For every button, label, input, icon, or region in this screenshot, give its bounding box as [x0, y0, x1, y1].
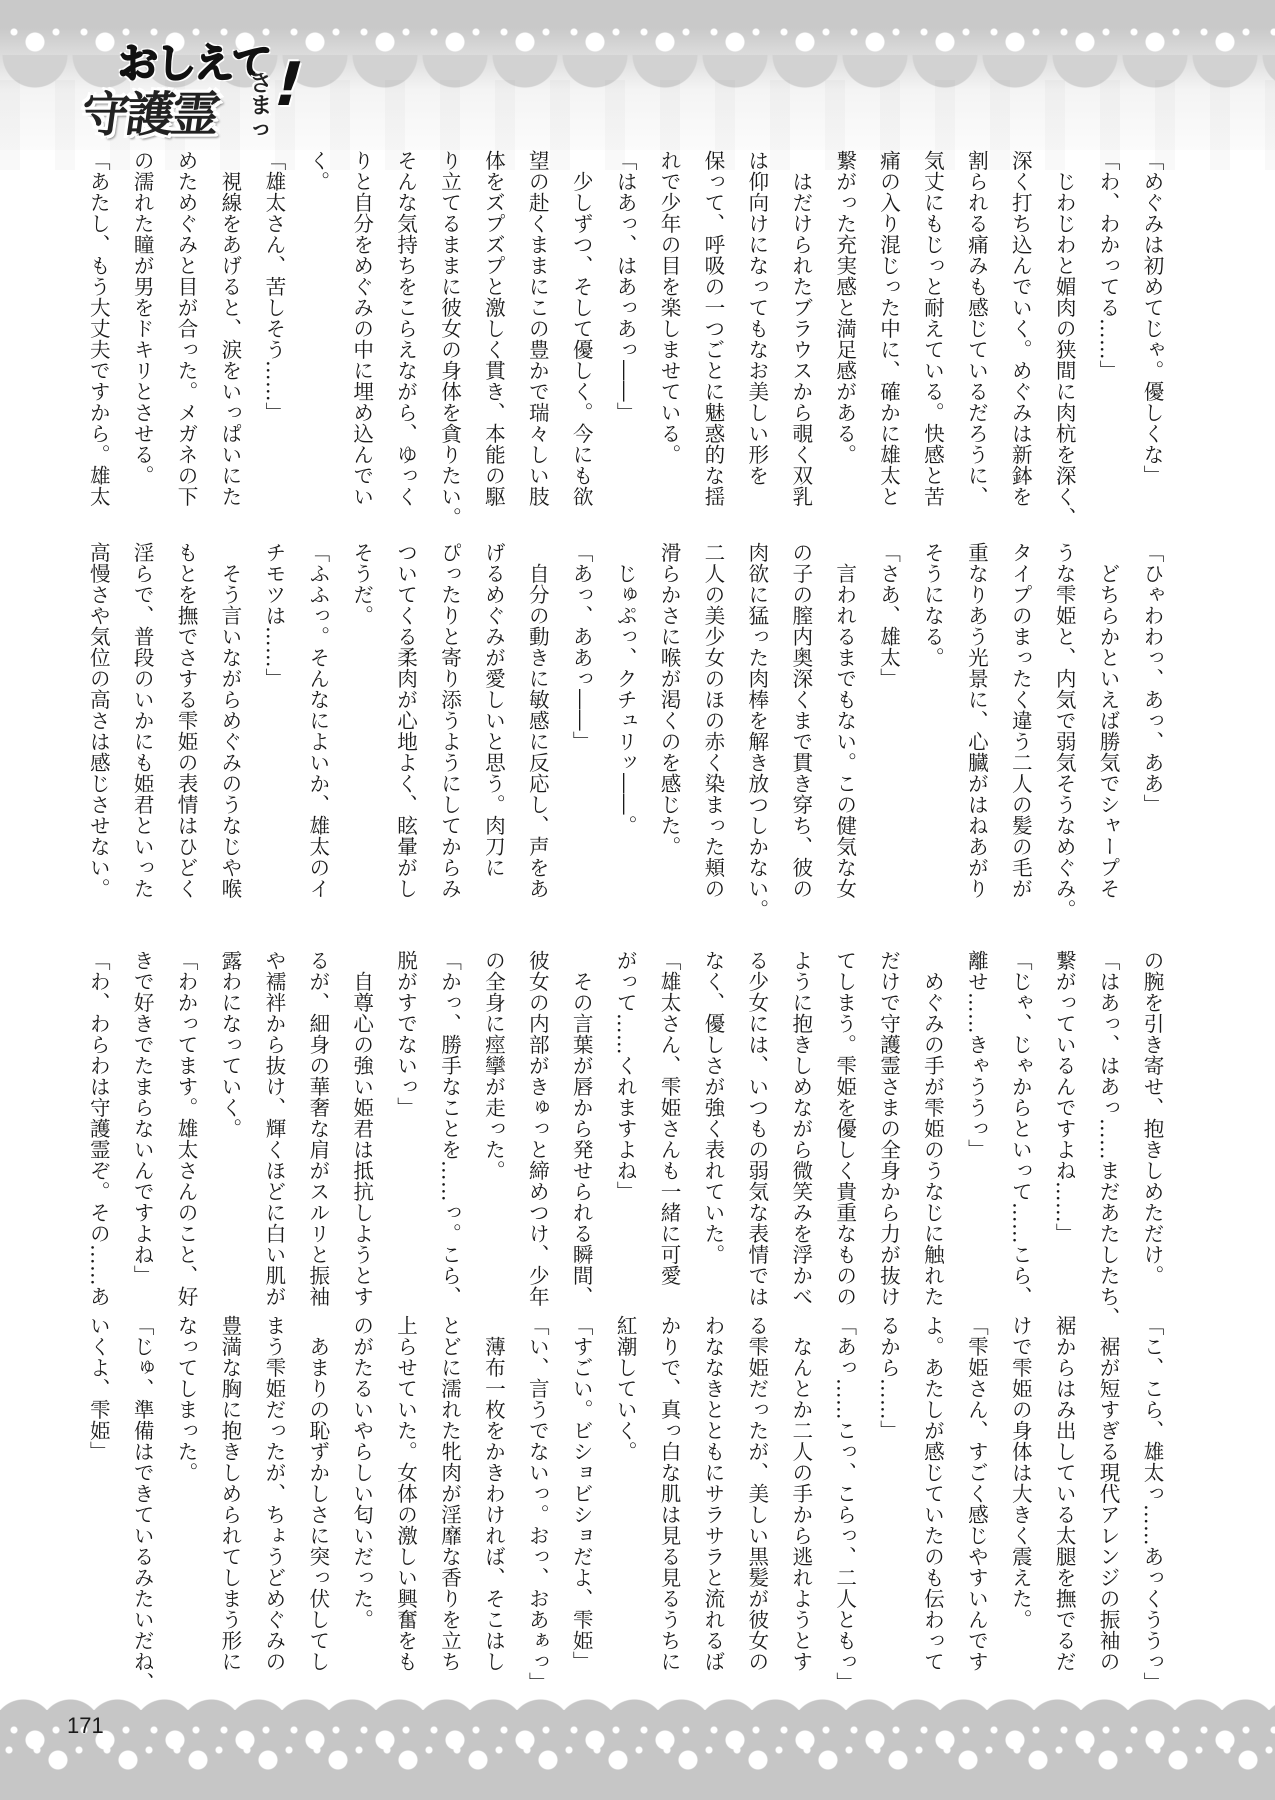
text-column: 言われるまでもない。この健気な女: [822, 542, 866, 932]
text-column: る少女には、いつもの弱気な表情では: [734, 950, 778, 1340]
book-title-logo: おしえて 守護霊 さまっ !: [80, 30, 300, 140]
text-column: 「あっ、ああっ――」: [558, 542, 602, 932]
text-column: 「かっ、勝手なことを……っ。こら、: [427, 950, 471, 1340]
text-column: のがたるいやらしい匂いだった。: [339, 1315, 383, 1705]
text-column: 繋がっているんですよね……」: [1041, 950, 1085, 1340]
text-column: けで雫姫の身体は大きく震えた。: [997, 1315, 1041, 1705]
text-column: だけで守護霊さまの全身から力が抜け: [866, 950, 910, 1340]
text-column: がって……くれますよね」: [602, 950, 646, 1340]
text-column: そうになる。: [910, 542, 954, 932]
text-tier-3: の腕を引き寄せ、抱きしめただけ。「はあっ、はあっ……まだあたしたち、繋がっている…: [83, 950, 1173, 1340]
text-column: 少しずつ、そして優しく。今にも欲: [558, 150, 602, 540]
text-column: 視線をあげると、涙をいっぱいにた: [207, 150, 251, 540]
page-number: 171: [67, 1713, 104, 1739]
text-column: 「わ、わらわは守護霊ぞ。その……あ: [83, 950, 119, 1340]
text-column: の腕を引き寄せ、抱きしめただけ。: [1129, 950, 1173, 1340]
text-column: 「じゃ、じゃからといって……こら、: [997, 950, 1041, 1340]
text-column: 離せ……きゃううっ」: [953, 950, 997, 1340]
text-column: げるめぐみが愛しいと思う。肉刀に: [471, 542, 515, 932]
text-tier-1: 「めぐみは初めてじゃ。優しくな」「わ、わかってる……」 じわじわと媚肉の狭間に肉…: [83, 150, 1173, 540]
text-column: 薄布一枚をかきわければ、そこはし: [471, 1315, 515, 1705]
text-column: 露わになっていく。: [207, 950, 251, 1340]
text-column: 「雫姫さん、すごく感じやすいんです: [953, 1315, 997, 1705]
text-column: 「雄太さん、苦しそう……」: [251, 150, 295, 540]
text-column: めぐみの手が雫姫のうなじに触れた: [910, 950, 954, 1340]
text-column: 自尊心の強い姫君は抵抗しようとす: [339, 950, 383, 1340]
text-column: 「わ、わかってる……」: [1085, 150, 1129, 540]
text-column: るから……」: [866, 1315, 910, 1705]
text-column: よ。あたしが感じていたのも伝わって: [910, 1315, 954, 1705]
text-column: とどに濡れた牝肉が淫靡な香りを立ち: [427, 1315, 471, 1705]
text-column: れで少年の目を楽しませている。: [646, 150, 690, 540]
text-column: 「じゅ、準備はできているみたいだね、: [119, 1315, 163, 1705]
text-column: 上らせていた。女体の激しい興奮をも: [383, 1315, 427, 1705]
text-column: かりで、真っ白な肌は見る見るうちに: [646, 1315, 690, 1705]
text-column: 「雄太さん、雫姫さんも一緒に可愛: [646, 950, 690, 1340]
text-column: 紅潮していく。: [602, 1315, 646, 1705]
text-column: 深く打ち込んでいく。めぐみは新鉢を: [997, 150, 1041, 540]
text-column: 「い、言うでないっ。おっ、おあぁっ」: [514, 1315, 558, 1705]
text-column: 気丈にもじっと耐えている。快感と苦: [910, 150, 954, 540]
footer-lace-hearts-decoration-2: [0, 1738, 1275, 1778]
text-column: その言葉が唇から発せられる瞬間、: [558, 950, 602, 1340]
text-column: ように抱きしめながら微笑みを浮かべ: [778, 950, 822, 1340]
text-column: 重なりあう光景に、心臓がはねあがり: [953, 542, 997, 932]
text-column: く。: [295, 150, 339, 540]
text-column: 「めぐみは初めてじゃ。優しくな」: [1129, 150, 1173, 540]
text-column: 「ふふっ。そんなによいか、雄太のイ: [295, 542, 339, 932]
text-column: そうだ。: [339, 542, 383, 932]
text-column: 「ひゃわわっ、あっ、ああ」: [1129, 542, 1173, 932]
text-column: なく、優しさが強く表れていた。: [690, 950, 734, 1340]
text-column: 高慢さや気位の高さは感じさせない。: [83, 542, 119, 932]
text-column: てしまう。雫姫を優しく貴重なものの: [822, 950, 866, 1340]
text-column: そんな気持ちをこらえながら、ゆっく: [383, 150, 427, 540]
text-column: 脱がすでないっ」: [383, 950, 427, 1340]
text-column: 滑らかさに喉が渇くのを感じた。: [646, 542, 690, 932]
text-column: まう雫姫だったが、ちょうどめぐみの: [251, 1315, 295, 1705]
text-column: 「すごい。ビショビショだよ、雫姫」: [558, 1315, 602, 1705]
text-column: りと自分をめぐみの中に埋め込んでい: [339, 150, 383, 540]
text-column: そう言いながらめぐみのうなじや喉: [207, 542, 251, 932]
text-column: はだけられたブラウスから覗く双乳: [778, 150, 822, 540]
text-column: 「わかってます。雄太さんのこと、好: [163, 950, 207, 1340]
text-column: るが、細身の華奢な肩がスルリと振袖: [295, 950, 339, 1340]
text-column: 繋がった充実感と満足感がある。: [822, 150, 866, 540]
text-tier-2: 「ひゃわわっ、あっ、ああ」 どちらかといえば勝気でシャープそうな雫姫と、内気で弱…: [83, 542, 1173, 932]
text-column: じゅぷっ、クチュリッ――。: [602, 542, 646, 932]
text-column: 裾が短すぎる現代アレンジの振袖の: [1085, 1315, 1129, 1705]
text-column: や襦袢から抜け、輝くほどに白い肌が: [251, 950, 295, 1340]
text-column: 淫らで、普段のいかにも姫君といった: [119, 542, 163, 932]
text-column: 肉欲に猛った肉棒を解き放つしかない。: [734, 542, 778, 932]
text-column: あまりの恥ずかしさに突っ伏してし: [295, 1315, 339, 1705]
text-column: 豊満な胸に抱きしめられてしまう形に: [207, 1315, 251, 1705]
text-column: 自分の動きに敏感に反応し、声をあ: [514, 542, 558, 932]
text-column: めためぐみと目が合った。メガネの下: [163, 150, 207, 540]
text-column: きで好きでたまらないんですよね」: [119, 950, 163, 1340]
text-column: は仰向けになってもなお美しい形を: [734, 150, 778, 540]
text-column: 望の赴くままにこの豊かで瑞々しい肢: [514, 150, 558, 540]
text-column: じわじわと媚肉の狭間に肉杭を深く、: [1041, 150, 1085, 540]
text-column: いくよ、雫姫」: [83, 1315, 119, 1705]
text-column: ついてくる柔肉が心地よく、眩暈がし: [383, 542, 427, 932]
text-column: 彼女の内部がきゅっと締めつけ、少年: [514, 950, 558, 1340]
text-column: 保って、呼吸の一つごとに魅惑的な揺: [690, 150, 734, 540]
text-column: 割られる痛みも感じているだろうに、: [953, 150, 997, 540]
text-column: 裾からはみ出している太腿を撫でるだ: [1041, 1315, 1085, 1705]
logo-text-line2: 守護霊: [77, 76, 222, 145]
text-column: 痛の入り混じった中に、確かに雄太と: [866, 150, 910, 540]
text-column: もとを撫でさする雫姫の表情はひどく: [163, 542, 207, 932]
text-column: 「あっ……こっ、こらっ、二人ともっ」: [822, 1315, 866, 1705]
text-column: うな雫姫と、内気で弱気そうなめぐみ。: [1041, 542, 1085, 932]
text-column: タイプのまったく違う二人の髪の毛が: [997, 542, 1041, 932]
text-column: ぴったりと寄り添うようにしてからみ: [427, 542, 471, 932]
text-column: る雫姫だったが、美しい黒髪が彼女の: [734, 1315, 778, 1705]
text-column: の濡れた瞳が男をドキリとさせる。: [119, 150, 163, 540]
text-column: の全身に痙攣が走った。: [471, 950, 515, 1340]
text-column: なってしまった。: [163, 1315, 207, 1705]
text-column: 「はあっ、はあっ……まだあたしたち、: [1085, 950, 1129, 1340]
text-tier-4: 「こ、こら、雄太っ……あっくううっ」 裾が短すぎる現代アレンジの振袖の裾からはみ…: [83, 1315, 1173, 1705]
text-column: 「さあ、雄太」: [866, 542, 910, 932]
text-column: 「あたし、もう大丈夫ですから。雄太: [83, 150, 119, 540]
text-column: 「こ、こら、雄太っ……あっくううっ」: [1129, 1315, 1173, 1705]
text-column: どちらかといえば勝気でシャープそ: [1085, 542, 1129, 932]
text-column: 「はあっ、はあっあっ――」: [602, 150, 646, 540]
text-column: チモツは……」: [251, 542, 295, 932]
text-column: わななきとともにサラサラと流れるば: [690, 1315, 734, 1705]
text-column: り立てるままに彼女の身体を貪りたい。: [427, 150, 471, 540]
text-column: なんとか二人の手から逃れようとす: [778, 1315, 822, 1705]
text-column: 体をズプズプと激しく貫き、本能の駆: [471, 150, 515, 540]
text-column: 二人の美少女のほの赤く染まった頬の: [690, 542, 734, 932]
text-column: の子の膣内奥深くまで貫き穿ち、彼の: [778, 542, 822, 932]
